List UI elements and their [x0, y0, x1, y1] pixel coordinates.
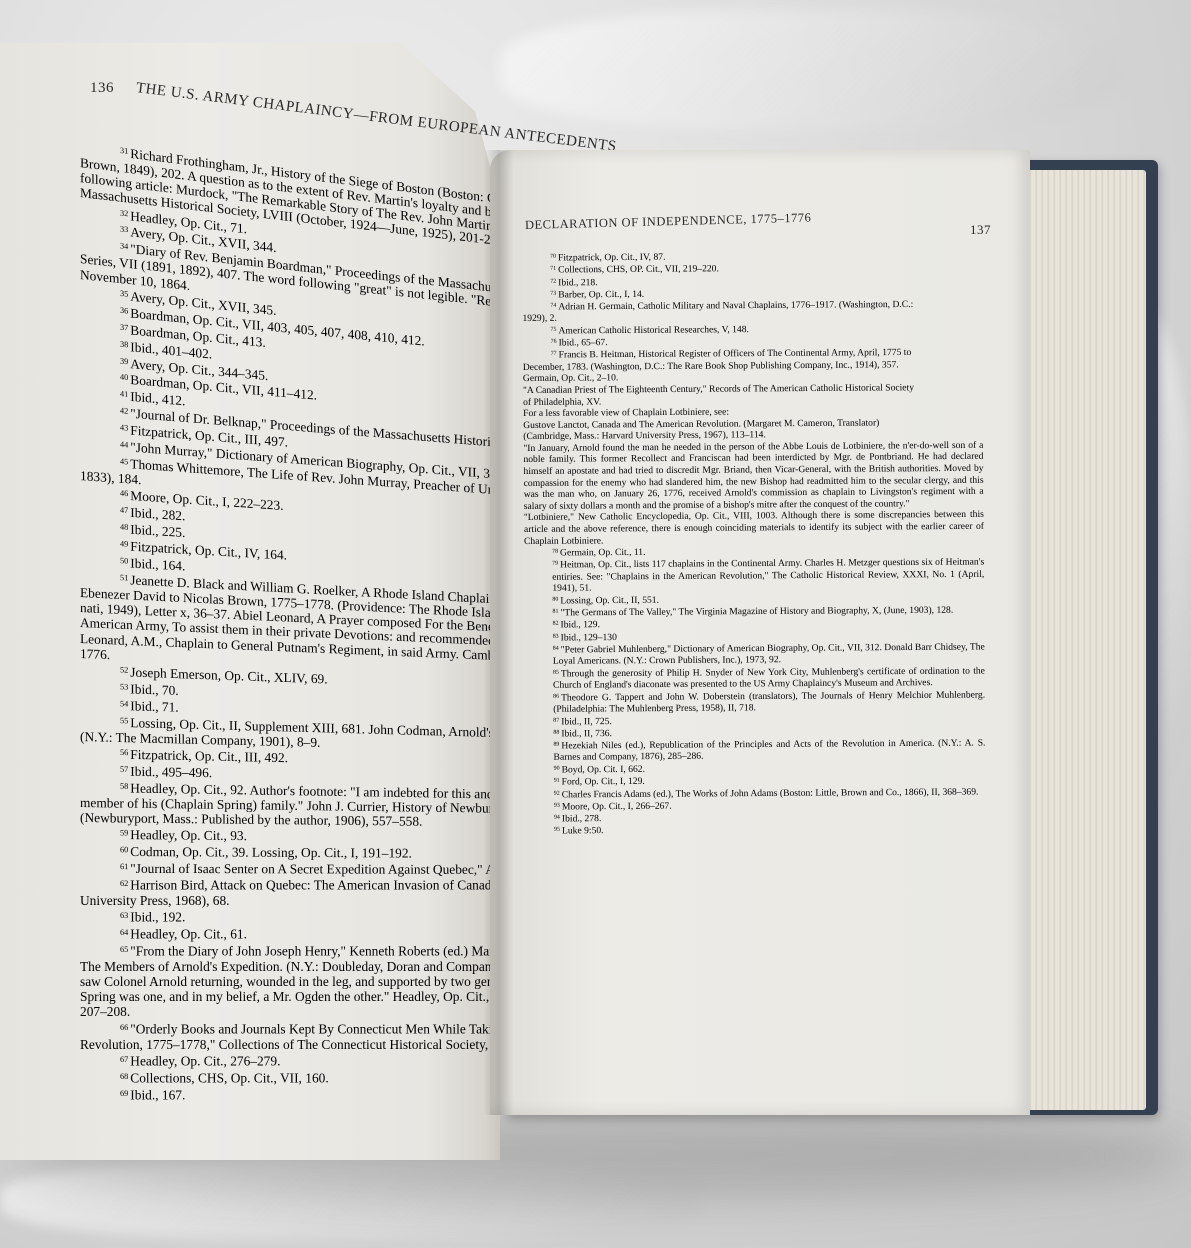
- endnote-number: 36: [120, 306, 128, 316]
- right-page-number: 137: [970, 222, 991, 238]
- endnote-text: Ibid., II, 725.: [561, 716, 612, 727]
- endnote-number: 61: [120, 862, 128, 871]
- endnote-number: 78: [552, 549, 558, 555]
- endnote-text: Ibid., 278.: [562, 813, 602, 824]
- endnote-number: 53: [120, 682, 128, 691]
- endnote-text: Ibid., 70.: [130, 681, 178, 698]
- endnote-text: Harrison Bird, Attack on Quebec: The Ame…: [130, 878, 510, 893]
- endnote-text: Headley, Op. Cit., 276–279.: [130, 1054, 280, 1069]
- endnote-number: 91: [554, 778, 560, 784]
- endnote-text: Gustove Lanctot, Canada and The American…: [523, 417, 879, 430]
- endnote-number: 64: [120, 928, 128, 937]
- endnote-text: Headley, Op. Cit., 93.: [130, 827, 247, 843]
- endnote-text: "Orderly Books and Journals Kept By Conn…: [130, 1021, 510, 1036]
- endnote-text: Ibid., 65–67.: [559, 337, 608, 348]
- endnote-number: 90: [554, 766, 560, 772]
- left-page-endnotes: 31Richard Frothingham, Jr., History of t…: [80, 138, 510, 1103]
- endnote-text: December, 1783. (Washington, D.C.: The R…: [523, 359, 899, 373]
- endnote-text: American Catholic Historical Researches,…: [558, 324, 748, 336]
- endnote-text: Ibid., 167.: [130, 1087, 185, 1102]
- endnote-text: Ibid., 71.: [130, 698, 178, 714]
- endnote-line: 68Collections, CHS, Op. Cit., VII, 160.: [80, 1069, 510, 1086]
- endnote-text: Germain, Op. Cit., 2–10.: [523, 373, 618, 385]
- endnote-number: 71: [550, 266, 556, 272]
- endnote-text: "Lotbiniere," New Catholic Encyclopedia,…: [524, 509, 984, 546]
- endnote-line: 207–208.: [80, 1004, 510, 1019]
- endnote-number: 51: [120, 573, 128, 582]
- endnote-text: Spring was one, and in my belief, a Mr. …: [80, 989, 510, 1004]
- endnote-number: 66: [120, 1023, 128, 1032]
- endnote-line: 62Harrison Bird, Attack on Quebec: The A…: [80, 876, 510, 893]
- endnote-text: Theodore G. Tappert and John W. Doberste…: [553, 689, 985, 715]
- page-edges: [1020, 170, 1146, 1110]
- endnote-number: 55: [120, 716, 128, 725]
- endnote-number: 47: [120, 506, 128, 516]
- endnote-number: 57: [120, 765, 128, 774]
- endnote-text: Revolution, 1775–1778," Collections of T…: [80, 1037, 510, 1052]
- endnote-number: 50: [120, 556, 128, 565]
- endnote-number: 46: [120, 489, 128, 499]
- endnote-number: 43: [120, 423, 128, 433]
- endnote-text: 1929), 2.: [522, 313, 556, 324]
- endnote-text: The Members of Arnold's Expedition. (N.Y…: [80, 959, 510, 974]
- endnote-text: Collections, CHS, Op. Cit., VII, 160.: [130, 1070, 328, 1085]
- endnote-number: 52: [120, 665, 128, 674]
- right-page-endnotes: 70Fitzpatrick, Op. Cit., IV, 87.71Collec…: [522, 249, 986, 838]
- endnote-number: 81: [552, 609, 558, 615]
- endnote-line: saw Colonel Arnold returning, wounded in…: [80, 974, 510, 989]
- endnote-line: 67Headley, Op. Cit., 276–279.: [80, 1052, 510, 1069]
- endnote-number: 63: [120, 911, 128, 920]
- endnote-number: 59: [120, 828, 128, 837]
- endnote-text: Ibid., 218.: [558, 277, 598, 288]
- endnote-number: 44: [120, 440, 128, 450]
- endnote-number: 76: [551, 339, 557, 345]
- endnote-number: 37: [120, 322, 128, 332]
- endnote-text: of Philadelphia, XV.: [523, 396, 601, 408]
- endnote-line: 65"From the Diary of John Joseph Henry,"…: [80, 942, 510, 959]
- endnote-text: Charles Francis Adams (ed.), The Works o…: [562, 786, 979, 800]
- endnote-number: 38: [120, 339, 128, 349]
- endnote-text: Ford, Op. Cit., I, 129.: [562, 776, 645, 788]
- endnote-line: 79Heitman, Op. Cit., lists 117 chaplains…: [524, 556, 984, 595]
- endnote-line: 89Hezekiah Niles (ed.), Republication of…: [525, 737, 985, 764]
- endnote-line: The Members of Arnold's Expedition. (N.Y…: [80, 959, 510, 974]
- endnote-number: 69: [120, 1089, 128, 1098]
- endnote-number: 67: [120, 1055, 128, 1064]
- endnote-text: 207–208.: [80, 1004, 130, 1019]
- endnote-text: Ibid., 192.: [130, 910, 185, 925]
- endnote-line: "Lotbiniere," New Catholic Encyclopedia,…: [524, 509, 984, 547]
- left-running-head: 136 THE U.S. ARMY CHAPLAINCY—FROM EUROPE…: [90, 80, 620, 97]
- endnote-number: 86: [553, 693, 559, 699]
- endnote-number: 58: [120, 781, 128, 790]
- endnote-number: 39: [120, 356, 128, 366]
- endnote-number: 94: [554, 815, 560, 821]
- endnote-number: 45: [120, 457, 128, 467]
- endnote-number: 84: [553, 646, 559, 652]
- endnote-text: (Cambridge, Mass.: Harvard University Pr…: [523, 430, 766, 443]
- endnote-number: 75: [551, 327, 557, 333]
- endnote-number: 73: [550, 291, 556, 297]
- endnote-text: Moore, Op. Cit., I, 266–267.: [562, 800, 672, 812]
- endnote-text: Codman, Op. Cit., 39. Lossing, Op. Cit.,…: [130, 844, 412, 861]
- endnote-number: 95: [554, 827, 560, 833]
- endnote-line: Spring was one, and in my belief, a Mr. …: [80, 989, 510, 1004]
- endnote-number: 35: [120, 289, 128, 299]
- endnote-text: Ibid., 495–496.: [130, 764, 212, 781]
- endnote-line: 69Ibid., 167.: [80, 1086, 510, 1103]
- endnote-number: 77: [551, 351, 557, 357]
- endnote-number: 40: [120, 373, 128, 383]
- endnote-text: Ibid., 129.: [561, 620, 601, 631]
- endnote-line: "In January, Arnold found the man he nee…: [523, 440, 983, 513]
- endnote-number: 62: [120, 879, 128, 888]
- endnote-text: Lossing, Op. Cit., II, 551.: [560, 595, 659, 607]
- endnote-number: 48: [120, 523, 128, 532]
- endnote-text: Hezekiah Niles (ed.), Republication of t…: [553, 738, 985, 764]
- endnote-number: 60: [120, 845, 128, 854]
- endnote-number: 68: [120, 1072, 128, 1081]
- endnote-number: 41: [120, 390, 128, 400]
- endnote-text: "Peter Gabriel Muhlenberg," Dictionary o…: [553, 641, 985, 667]
- endnote-line: 66"Orderly Books and Journals Kept By Co…: [80, 1020, 510, 1037]
- book-gutter: [484, 150, 514, 1115]
- endnote-number: 70: [550, 254, 556, 260]
- endnote-text: saw Colonel Arnold returning, wounded in…: [80, 974, 510, 989]
- endnote-text: Collections, CHS, OP. Cit., VII, 219–220…: [558, 264, 719, 276]
- endnote-line: 86Theodore G. Tappert and John W. Dobers…: [525, 688, 985, 715]
- endnote-text: Boyd, Op. Cit. I, 662.: [562, 764, 645, 776]
- endnote-number: 92: [554, 790, 560, 796]
- endnote-number: 80: [552, 597, 558, 603]
- endnote-line: University Press, 1968), 68.: [80, 893, 510, 908]
- endnote-line: 85Through the generosity of Philip H. Sn…: [525, 665, 985, 692]
- endnote-number: 74: [550, 303, 556, 309]
- endnote-number: 32: [120, 208, 128, 218]
- endnote-text: "In January, Arnold found the man he nee…: [523, 440, 983, 512]
- endnote-text: 1776.: [80, 646, 110, 662]
- endnote-number: 93: [554, 803, 560, 809]
- endnote-number: 33: [120, 225, 128, 235]
- endnote-number: 54: [120, 699, 128, 708]
- endnote-text: Germain, Op. Cit., 11.: [560, 547, 646, 559]
- endnote-number: 42: [120, 406, 128, 416]
- endnote-line: 84"Peter Gabriel Muhlenberg," Dictionary…: [525, 641, 985, 668]
- endnote-number: 31: [120, 146, 128, 156]
- endnote-number: 89: [553, 742, 559, 748]
- endnote-number: 56: [120, 748, 128, 757]
- endnote-number: 88: [553, 730, 559, 736]
- endnote-number: 85: [553, 670, 559, 676]
- endnote-text: Barber, Op. Cit., I, 14.: [558, 289, 644, 301]
- endnote-line: Revolution, 1775–1778," Collections of T…: [80, 1037, 510, 1052]
- endnote-text: Heitman, Op. Cit., lists 117 chaplains i…: [552, 557, 984, 594]
- endnote-number: 72: [550, 278, 556, 284]
- endnote-text: Fitzpatrick, Op. Cit., IV, 87.: [558, 252, 666, 264]
- endnote-number: 83: [553, 633, 559, 639]
- endnote-text: Headley, Op. Cit., 61.: [130, 927, 247, 942]
- endnote-text: University Press, 1968), 68.: [80, 893, 230, 908]
- endnote-number: 82: [553, 621, 559, 627]
- endnote-text: "Journal of Isaac Senter on A Secret Exp…: [130, 861, 510, 877]
- left-page-number: 136: [90, 80, 114, 96]
- endnote-line: 63Ibid., 192.: [80, 908, 510, 925]
- endnote-text: "From the Diary of John Joseph Henry," K…: [130, 944, 510, 959]
- endnote-number: 49: [120, 539, 128, 548]
- endnote-text: Ibid., 129–130: [561, 632, 617, 643]
- endnote-line: 64Headley, Op. Cit., 61.: [80, 925, 510, 942]
- endnote-text: Luke 9:50.: [562, 825, 604, 836]
- endnote-number: 87: [553, 717, 559, 723]
- endnote-text: Through the generosity of Philip H. Snyd…: [553, 665, 985, 691]
- endnote-text: For a less favorable view of Chaplain Lo…: [523, 407, 729, 419]
- endnote-line: 61"Journal of Isaac Senter on A Secret E…: [80, 859, 510, 877]
- endnote-number: 65: [120, 945, 128, 954]
- endnote-number: 34: [120, 242, 128, 252]
- endnote-number: 79: [552, 561, 558, 567]
- background-tissue-crease: [500, 10, 1120, 130]
- endnote-text: Adrian H. Germain, Catholic Military and…: [558, 299, 913, 312]
- endnote-text: "A Canadian Priest of The Eighteenth Cen…: [523, 382, 914, 396]
- endnote-text: Ibid., II, 736.: [561, 728, 612, 739]
